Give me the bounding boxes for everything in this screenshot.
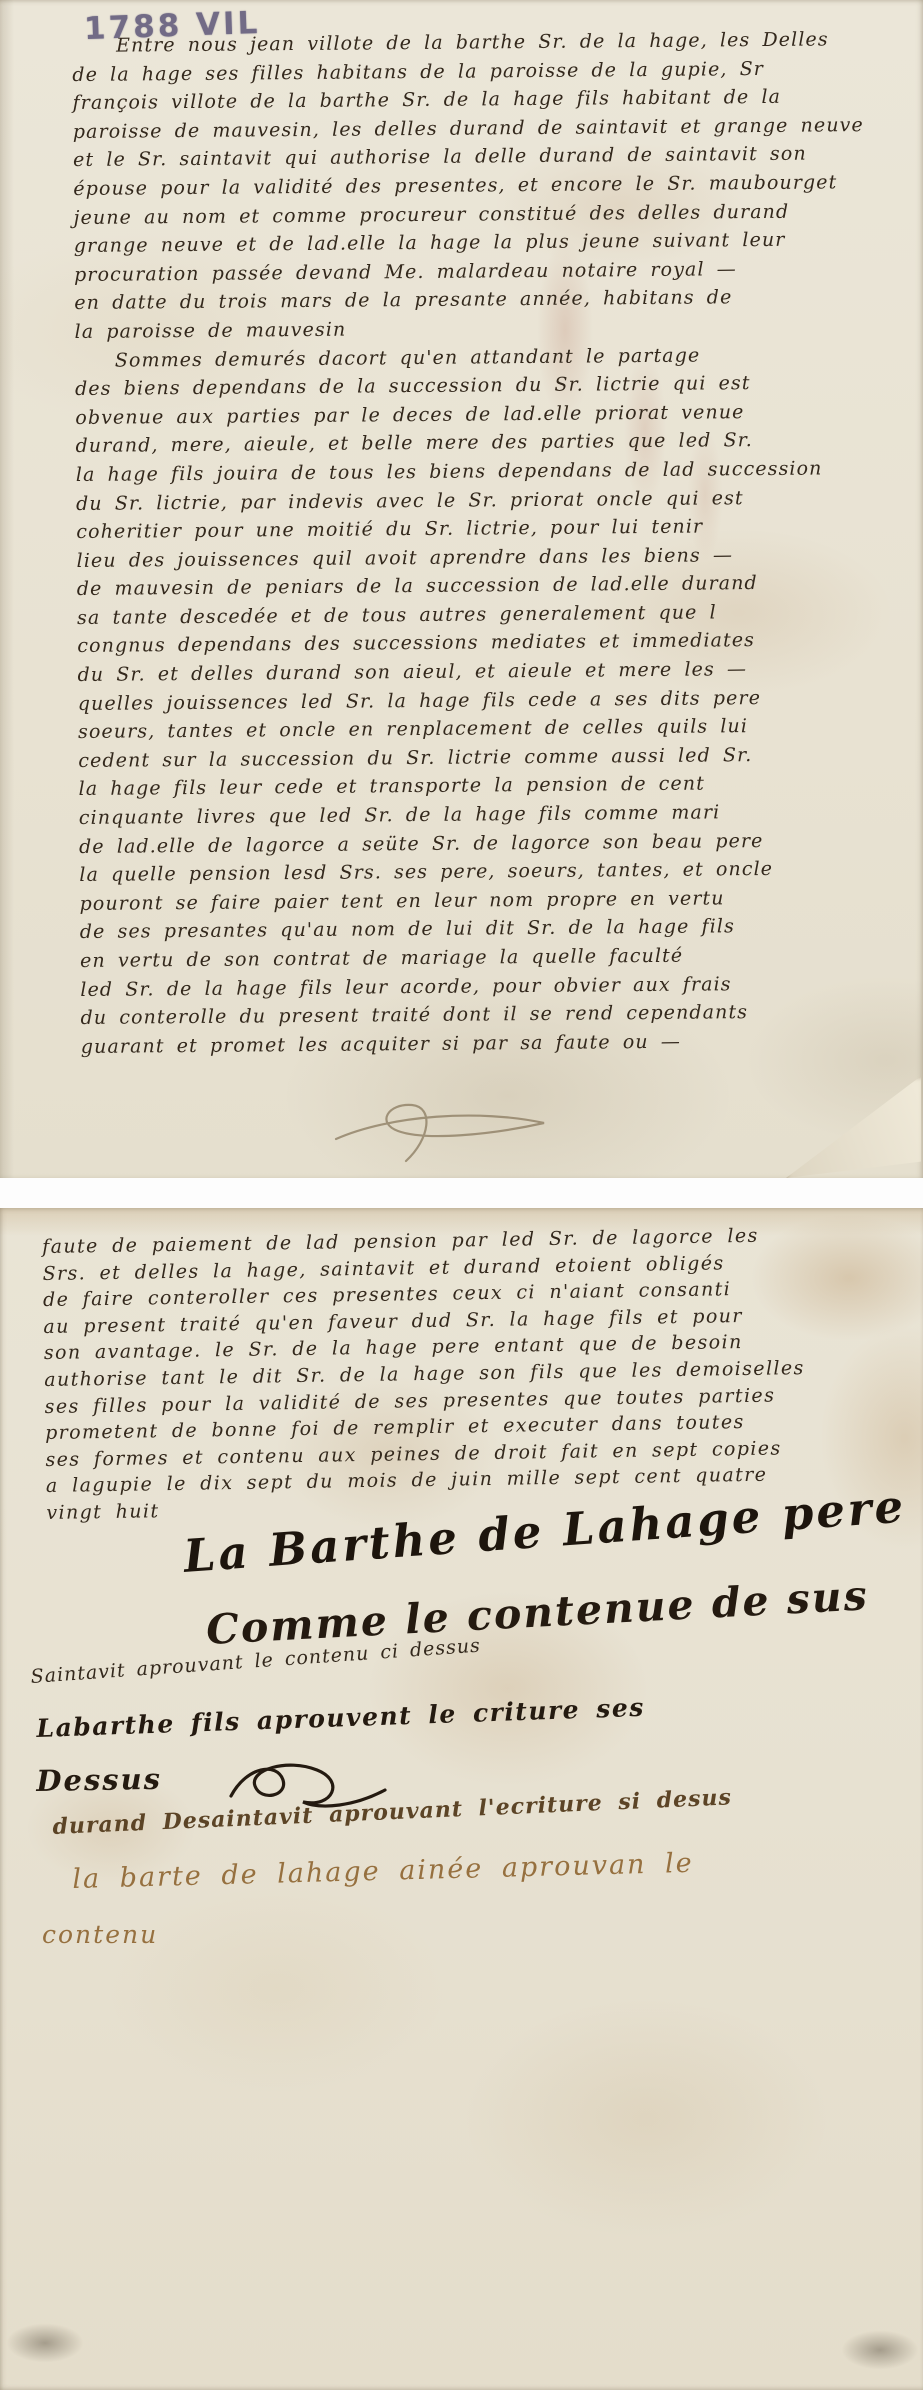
signature-labarthe-fils: Labarthe fils aprouvent le criture ses — [36, 1693, 645, 1743]
paraph-flourish-icon — [330, 1095, 555, 1167]
page-2-text: faute de paiement de lad pension par led… — [42, 1220, 906, 1526]
signature-lahage-ainee: la barte de lahage ainée aprouvan le — [72, 1848, 694, 1895]
page-2: faute de paiement de lad pension par led… — [0, 1208, 923, 2390]
page-1-text: Entre nous jean villote de la barthe Sr.… — [72, 25, 921, 1062]
page-1: 1788 VIL Entre nous jean villote de la b… — [0, 0, 923, 1178]
signature-comme-contenu: Comme le contenue de sus — [205, 1571, 870, 1654]
signature-lahage-ainee-contenu: contenu — [42, 1920, 158, 1949]
page-corner-fold — [786, 1076, 921, 1178]
scan-gap — [0, 1178, 923, 1208]
signature-dessus: Dessus — [36, 1762, 162, 1798]
scanned-document: 1788 VIL Entre nous jean villote de la b… — [0, 0, 923, 2400]
